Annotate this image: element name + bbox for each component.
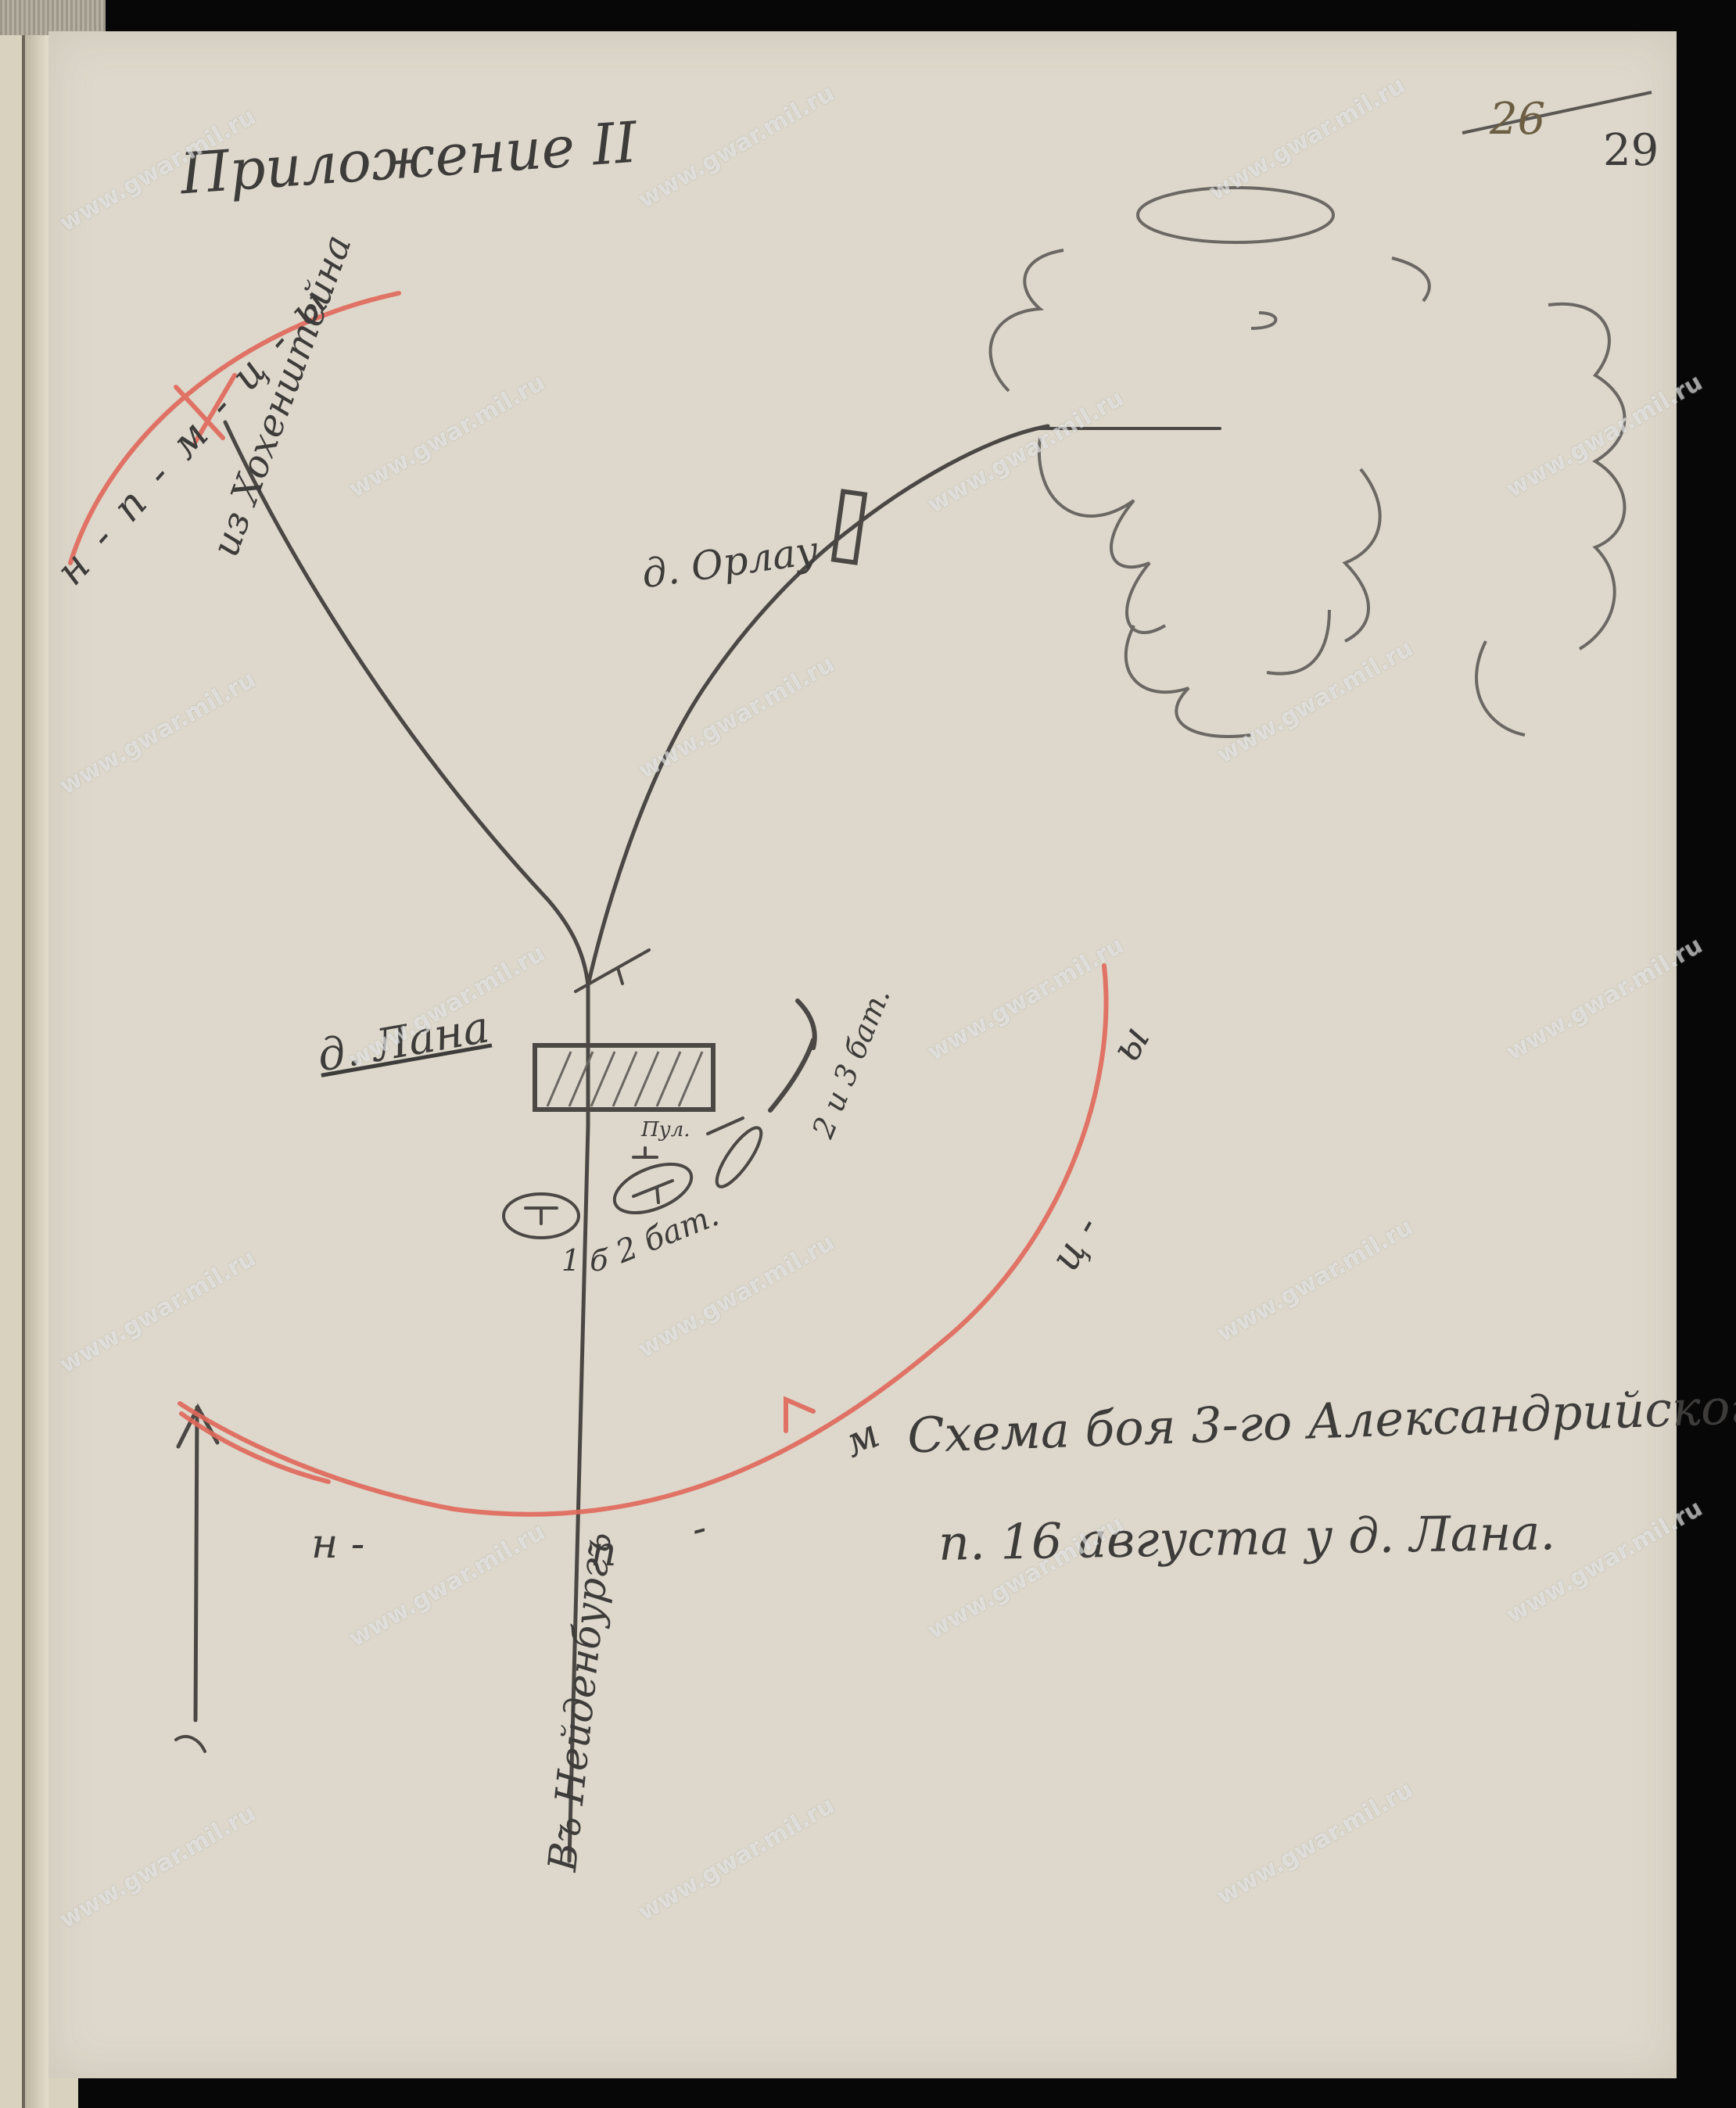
label-battalion-1: 1 б: [561, 1243, 608, 1278]
machine-gun-symbol: [633, 1148, 657, 1157]
battalion-3-ellipse: [710, 1122, 769, 1192]
battalion-23-arc: [798, 1001, 815, 1048]
lana-hatching: [547, 1052, 702, 1106]
battalion-1-symbol: [525, 1208, 557, 1224]
label-machine-guns: Пул.: [641, 1118, 690, 1142]
north-arrow-shaft: [195, 1407, 197, 1720]
unit-tick-junction: [618, 968, 622, 984]
page-number: 29: [1603, 125, 1659, 176]
road-northwest: [225, 422, 588, 985]
label-enemy-south-2: п: [590, 1529, 617, 1576]
road-northeast: [588, 426, 1048, 985]
battalion-23-line: [770, 1040, 813, 1110]
lana-village-block: [535, 1045, 713, 1110]
forest-scribble: [991, 188, 1625, 737]
enemy-arc-south-double: [181, 1414, 328, 1482]
north-arrow-tail: [176, 1737, 205, 1751]
enemy-mark-south: [786, 1400, 813, 1431]
unit-line-east: [708, 1118, 743, 1134]
battalion-2-symbol: [633, 1181, 673, 1203]
page-number-crossed: 26: [1490, 94, 1545, 145]
label-enemy-south-1: н -: [311, 1521, 364, 1568]
orlau-village-block: [834, 491, 865, 562]
